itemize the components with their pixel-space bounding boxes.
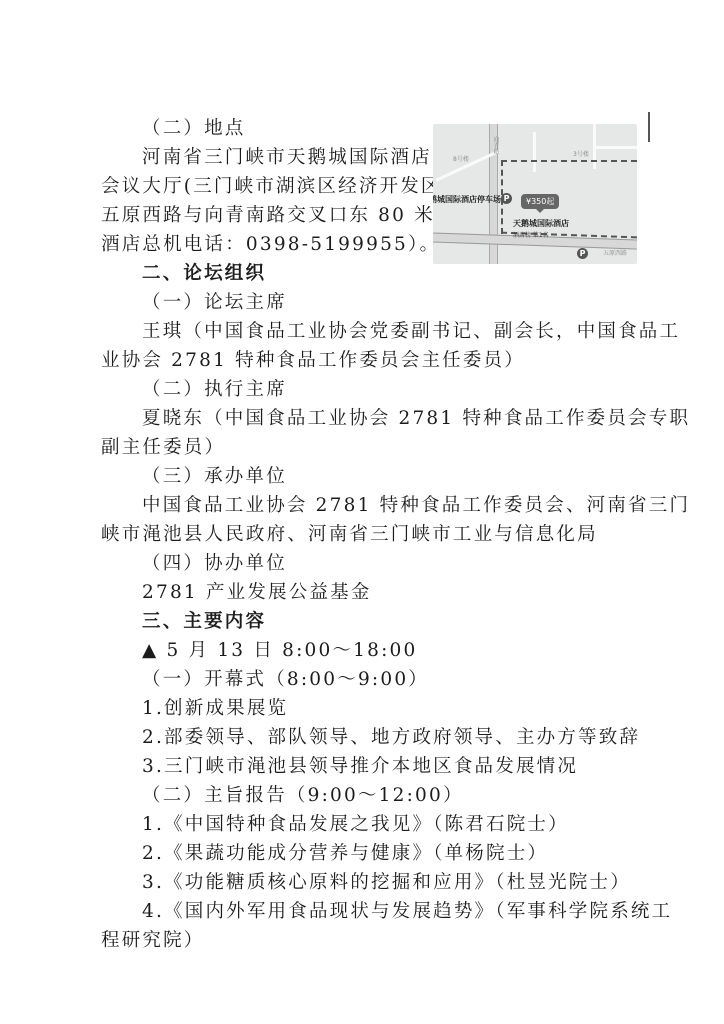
subsection-heading: （二）主旨报告（9:00～12:00）: [142, 783, 464, 809]
price-pin: ¥350起: [521, 194, 559, 209]
margin-mark: [648, 112, 650, 142]
paragraph-line: 副主任委员）: [101, 435, 225, 461]
section-heading: 三、主要内容: [142, 609, 266, 635]
paragraph-line: 2781 产业发展公益基金: [142, 580, 372, 606]
subsection-heading: （三）承办单位: [142, 464, 287, 490]
section-heading: 二、论坛组织: [142, 261, 266, 287]
date-line: ▲ 5 月 13 日 8:00～18:00: [142, 638, 418, 664]
list-item: 程研究院）: [101, 928, 205, 954]
address-line: 会议大厅(三门峡市湖滨区经济开发区: [101, 174, 442, 200]
map-building-label: 8号楼: [453, 154, 469, 163]
address-line: 五原西路与向青南路交叉口东 80 米，: [101, 203, 456, 229]
list-item: 1.《中国特种食品发展之我见》（陈君石院士）: [142, 812, 569, 838]
list-item: 3.《功能糖质核心原料的挖掘和应用》（杜昱光院士）: [142, 870, 631, 896]
list-item: 2.部委领导、部队领导、地方政府领导、主办方等致辞: [142, 725, 640, 751]
map-road-label: 向青路: [491, 136, 500, 154]
map-parking-label: 鹅城国际酒店停车场: [433, 194, 501, 205]
parking-icon: P: [501, 193, 512, 204]
parking-icon: P: [577, 248, 588, 259]
location-map: 向青路 8号楼 3号楼 鹅城国际酒店停车场 P ¥350起 天鹅城国际酒店 酒店…: [433, 124, 637, 264]
subsection-heading: （一）开幕式（8:00～9:00）: [142, 667, 429, 693]
list-item: 1.创新成果展览: [142, 696, 288, 722]
list-item: 2.《果蔬功能成分营养与健康》（单杨院士）: [142, 841, 548, 867]
address-line: 酒店总机电话：0398-5199955）。: [101, 232, 440, 258]
subsection-heading: （二）执行主席: [142, 377, 287, 403]
address-line: 河南省三门峡市天鹅城国际酒店: [142, 145, 432, 171]
map-building-label: 3号楼: [573, 149, 589, 158]
map-hotel-label: 天鹅城国际酒店: [513, 218, 569, 229]
paragraph-line: 夏晓东（中国食品工业协会 2781 特种食品工作委员会专职: [142, 406, 690, 432]
paragraph-line: 王琪（中国食品工业协会党委副书记、副会长，中国食品工: [142, 319, 680, 345]
subsection-heading: （四）协办单位: [142, 551, 287, 577]
paragraph-line: 峡市渑池县人民政府、河南省三门峡市工业与信息化局: [101, 522, 598, 548]
paragraph-line: 中国食品工业协会 2781 特种食品工作委员会、河南省三门: [142, 493, 690, 519]
list-item: 4.《国内外军用食品现状与发展趋势》（军事科学院系统工: [142, 899, 672, 925]
paragraph-line: 业协会 2781 特种食品工作委员会主任委员）: [101, 348, 525, 374]
map-road-label: 五原西路: [603, 248, 627, 257]
map-hotel-rank: 酒店榜 第1名: [513, 230, 549, 239]
subsection-heading: （一）论坛主席: [142, 290, 287, 316]
location-heading: （二）地点: [142, 116, 246, 142]
list-item: 3.三门峡市渑池县领导推介本地区食品发展情况: [142, 754, 578, 780]
